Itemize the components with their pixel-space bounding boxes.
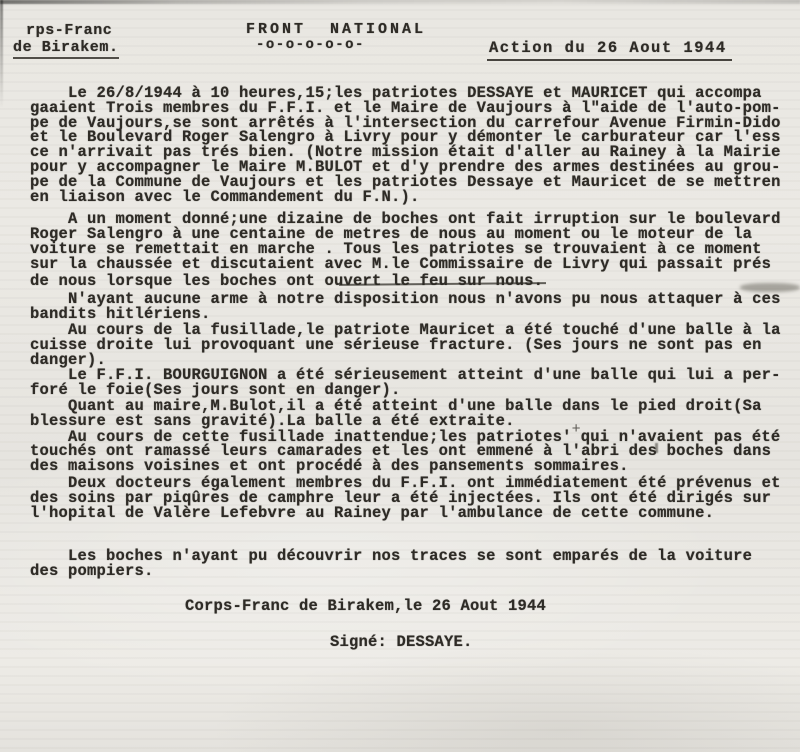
text-line: cuisse droite lui provoquant une sérieus… [30, 338, 800, 353]
text-line: danger). [30, 353, 800, 368]
ink-smudge [740, 283, 800, 292]
scan-left-edge-shadow [0, 0, 3, 120]
action-date-heading: Action du 26 Aout 1944 [487, 39, 732, 61]
text-line: bandits hitlériens. [30, 307, 800, 322]
org-name-line1: rps-Franc [13, 22, 119, 39]
paragraph-no-weapons: N'ayant aucune arme à notre disposition … [30, 292, 800, 322]
paragraph-doctors: Deux docteurs également membres du F.F.I… [30, 476, 800, 520]
text-line: des pompiers. [30, 564, 800, 579]
handwritten-plus-mark: + [572, 423, 581, 438]
document-body: Le 26/8/1944 à 10 heures,15;les patriote… [30, 86, 800, 650]
scanned-document-page: rps-Franc de Birakem. FRONT NATIONAL -o-… [0, 0, 800, 752]
paragraph-mayor-wounded: Quant au maire,M.Bulot,il a été atteint … [30, 399, 800, 429]
paragraph-intro: Le 26/8/1944 à 10 heures,15;les patriote… [30, 86, 800, 204]
paragraph-bourguignon-wounded: Le F.F.I. BOURGUIGNON a été sérieusement… [30, 368, 800, 398]
scan-top-edge-shadow [0, 0, 800, 4]
text-line: de nous lorsque les boches ont ouvert le… [30, 274, 800, 289]
paragraph-mauricet-wounded: Au cours de la fusillade,le patriote Mau… [30, 323, 800, 367]
paragraph-attack: A un moment donné;une dizaine de boches … [30, 212, 800, 271]
title-ornament: -o-o-o-o-o- [256, 37, 365, 53]
text-line: des maisons voisines et ont procédé à de… [30, 459, 800, 474]
paragraph-boches-fire-truck: Les boches n'ayant pu découvrir nos trac… [30, 549, 800, 579]
text-line: blessure est sans gravité).La balle a ét… [30, 414, 800, 429]
org-header-block: rps-Franc de Birakem. [13, 22, 119, 59]
text-line: foré le foie(Ses jours sont en danger). [30, 383, 800, 398]
struck-text: le feu sur nous. [391, 274, 543, 289]
document-title: FRONT NATIONAL [246, 21, 426, 38]
paragraph-rescue: touchés ont ramassé leurs camarades et l… [30, 444, 800, 474]
text-line: en liaison avec le Commandement du F.N.)… [30, 190, 800, 205]
footer-block: Corps-Franc de Birakem,le 26 Aout 1944 S… [30, 599, 800, 650]
text-line: l'hopital de Valère Lefebvre au Rainey p… [30, 506, 800, 521]
text-line: sur la chaussée et discutaient avec M.le… [30, 257, 800, 272]
signature-line: Signé: DESSAYE. [30, 635, 800, 650]
signoff-line: Corps-Franc de Birakem,le 26 Aout 1944 [30, 599, 800, 614]
ink-speck [655, 443, 658, 453]
attack-line-normal: de nous lorsque les boches ont ouvert [30, 272, 391, 290]
org-name-line2: de Birakem. [13, 39, 119, 59]
